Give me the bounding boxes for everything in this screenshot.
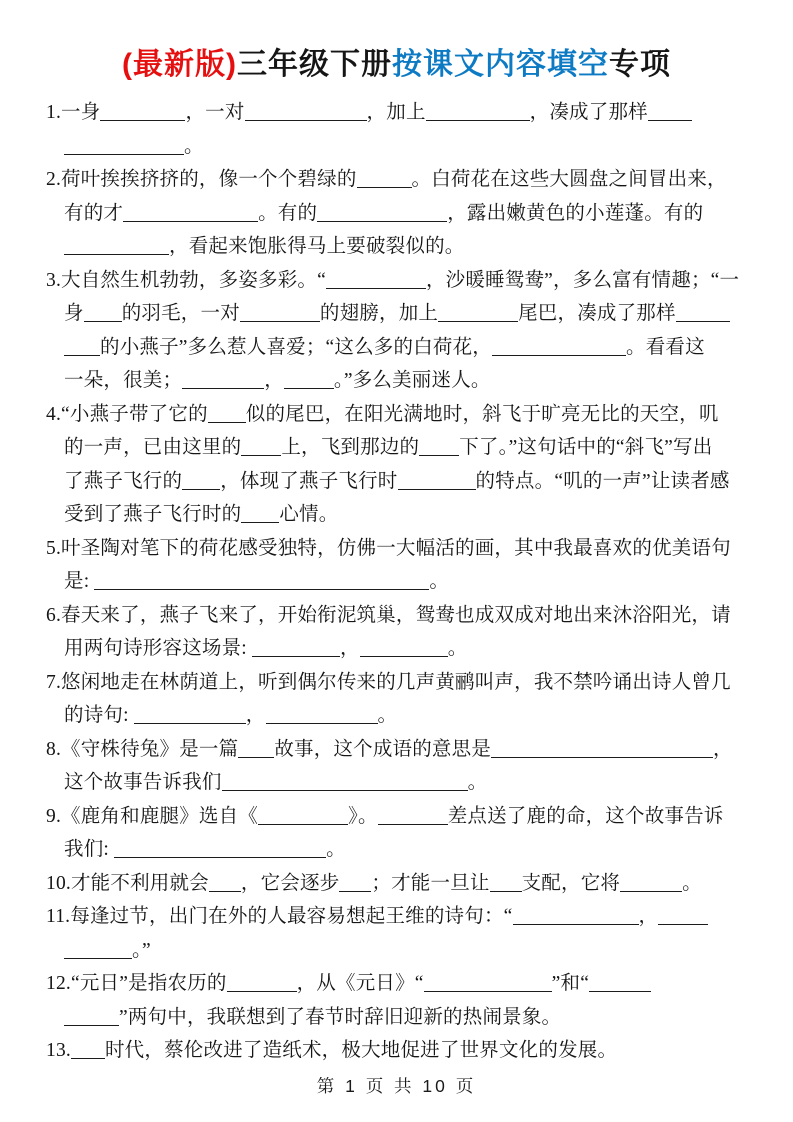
item-line: 的诗句: ，。 xyxy=(46,699,751,733)
fill-blank xyxy=(64,942,132,959)
page-title: (最新版)三年级下册按课文内容填空专项 xyxy=(0,0,793,82)
fill-blank xyxy=(64,238,169,255)
item-line: 12.“元日”是指农历的，从《元日》“”和“ xyxy=(46,967,751,1001)
item-text: 。” xyxy=(132,940,151,961)
fill-blank xyxy=(620,875,682,892)
fill-blank xyxy=(648,104,692,121)
item-line: 我们: 。 xyxy=(46,833,751,867)
item-text: ，沙暖睡鸳鸯”，多么富有情趣；“一 xyxy=(426,270,739,291)
item-text: 尾巴，凑成了那样 xyxy=(518,303,676,324)
item-line: 有的才。有的，露出嫩黄色的小莲蓬。有的 xyxy=(46,197,751,231)
item-line: 一朵，很美；，。”多么美丽迷人。 xyxy=(46,364,751,398)
item-text: 10.才能不利用就会 xyxy=(46,873,209,894)
item-line: 。” xyxy=(46,934,751,968)
item-line: 2.荷叶挨挨挤挤的，像一个个碧绿的。白荷花在这些大圆盘之间冒出来， xyxy=(46,163,751,197)
fill-blank xyxy=(114,841,326,858)
item-text: ， xyxy=(264,370,284,391)
fill-blank xyxy=(490,875,522,892)
item-text: ，露出嫩黄色的小莲蓬。有的 xyxy=(447,203,703,224)
fill-blank xyxy=(258,808,348,825)
fill-blank xyxy=(240,305,320,322)
exercise-item: 12.“元日”是指农历的，从《元日》“”和“”两句中，我联想到了春节时辞旧迎新的… xyxy=(46,967,751,1034)
fill-blank xyxy=(182,372,264,389)
item-text: 。 xyxy=(378,705,398,726)
item-text: 的小燕子”多么惹人喜爱；“这么多的白荷花， xyxy=(100,337,492,358)
fill-blank xyxy=(222,774,468,791)
item-text: 13. xyxy=(46,1040,71,1061)
fill-blank xyxy=(84,305,122,322)
exercise-list: 1.一身，一对，加上，凑成了那样。2.荷叶挨挨挤挤的，像一个个碧绿的。白荷花在这… xyxy=(0,82,793,1068)
item-text: ， xyxy=(340,638,360,659)
exercise-item: 8.《守株待兔》是一篇故事，这个成语的意思是，这个故事告诉我们。 xyxy=(46,733,751,800)
item-text: 3.大自然生机勃勃，多姿多彩。“ xyxy=(46,270,326,291)
item-line: 6.春天来了，燕子飞来了，开始衔泥筑巢，鸳鸯也成双成对地出来沐浴阳光，请 xyxy=(46,599,751,633)
item-text: 。 xyxy=(448,638,468,659)
item-text: 下了。”这句话中的“斜飞”写出 xyxy=(459,437,712,458)
fill-blank xyxy=(241,439,281,456)
fill-blank xyxy=(378,808,448,825)
item-text: 6.春天来了，燕子飞来了，开始衔泥筑巢，鸳鸯也成双成对地出来沐浴阳光，请 xyxy=(46,605,731,626)
item-line: 3.大自然生机勃勃，多姿多彩。“，沙暖睡鸳鸯”，多么富有情趣；“一 xyxy=(46,264,751,298)
fill-blank xyxy=(94,573,429,590)
item-text: 有的才 xyxy=(64,203,123,224)
fill-blank xyxy=(209,875,241,892)
item-text: 差点送了鹿的命，这个故事告诉 xyxy=(448,806,724,827)
title-suffix-label: 专项 xyxy=(609,48,671,81)
item-text: 受到了燕子飞行时的 xyxy=(64,504,241,525)
item-text: ， xyxy=(713,739,733,760)
item-text: 4.“小燕子带了它的 xyxy=(46,404,208,425)
item-text: 。 xyxy=(184,136,204,157)
exercise-item: 6.春天来了，燕子飞来了，开始衔泥筑巢，鸳鸯也成双成对地出来沐浴阳光，请用两句诗… xyxy=(46,599,751,666)
item-line: 9.《鹿角和鹿腿》选自《》。差点送了鹿的命，这个故事告诉 xyxy=(46,800,751,834)
item-text: 心情。 xyxy=(279,504,338,525)
fill-blank xyxy=(227,975,297,992)
exercise-item: 1.一身，一对，加上，凑成了那样。 xyxy=(46,96,751,163)
item-text: ，凑成了那样 xyxy=(530,102,648,123)
fill-blank xyxy=(658,908,708,925)
item-line: 这个故事告诉我们。 xyxy=(46,766,751,800)
exercise-item: 3.大自然生机勃勃，多姿多彩。“，沙暖睡鸳鸯”，多么富有情趣；“一身的羽毛，一对… xyxy=(46,264,751,398)
item-line: ”两句中，我联想到了春节时辞旧迎新的热闹景象。 xyxy=(46,1001,751,1035)
fill-blank xyxy=(424,975,552,992)
page-number-label: 第 1 页 共 10 页 xyxy=(317,1076,477,1096)
item-text: 8.《守株待兔》是一篇 xyxy=(46,739,238,760)
exercise-item: 10.才能不利用就会，它会逐步；才能一旦让支配，它将。 xyxy=(46,867,751,901)
item-line: 的一声，已由这里的上，飞到那边的下了。”这句话中的“斜飞”写出 xyxy=(46,431,751,465)
item-text: 的诗句: xyxy=(64,705,134,726)
fill-blank xyxy=(357,171,412,188)
fill-blank xyxy=(513,908,639,925)
item-line: 用两句诗形容这场景: ，。 xyxy=(46,632,751,666)
item-text: 5.叶圣陶对笔下的荷花感受独特，仿佛一大幅活的画，其中我最喜欢的优美语句 xyxy=(46,538,731,559)
item-text: ”两句中，我联想到了春节时辞旧迎新的热闹景象。 xyxy=(119,1007,561,1028)
item-text: 一朵，很美； xyxy=(64,370,182,391)
item-text: 。 xyxy=(682,873,702,894)
exercise-item: 9.《鹿角和鹿腿》选自《》。差点送了鹿的命，这个故事告诉我们: 。 xyxy=(46,800,751,867)
fill-blank xyxy=(238,741,274,758)
fill-blank xyxy=(317,205,447,222)
item-text: 这个故事告诉我们 xyxy=(64,772,222,793)
item-text: 的特点。“叽的一声”让读者感 xyxy=(476,471,730,492)
item-text: ， xyxy=(639,906,659,927)
fill-blank xyxy=(123,205,258,222)
exercise-item: 7.悠闲地走在林荫道上，听到偶尔传来的几声黄鹂叫声，我不禁吟诵出诗人曾几的诗句:… xyxy=(46,666,751,733)
fill-blank xyxy=(241,506,279,523)
exercise-item: 13.时代，蔡伦改进了造纸术，极大地促进了世界文化的发展。 xyxy=(46,1034,751,1068)
exercise-item: 4.“小燕子带了它的似的尾巴，在阳光满地时，斜飞于旷亮无比的天空，叽的一声，已由… xyxy=(46,398,751,532)
fill-blank xyxy=(266,707,378,724)
item-text: ，一对 xyxy=(185,102,244,123)
item-text: 。白荷花在这些大圆盘之间冒出来， xyxy=(412,169,727,190)
fill-blank xyxy=(252,640,340,657)
item-text: 的翅膀，加上 xyxy=(320,303,438,324)
item-line: ，看起来饱胀得马上要破裂似的。 xyxy=(46,230,751,264)
fill-blank xyxy=(71,1042,105,1059)
item-text: ，从《元日》“ xyxy=(297,973,424,994)
item-text: 用两句诗形容这场景: xyxy=(64,638,252,659)
fill-blank xyxy=(492,339,626,356)
item-line: 受到了燕子飞行时的心情。 xyxy=(46,498,751,532)
item-text: ，它会逐步 xyxy=(241,873,340,894)
item-text: 时代，蔡伦改进了造纸术，极大地促进了世界文化的发展。 xyxy=(105,1040,617,1061)
title-topic-label: 按课文内容填空 xyxy=(392,48,609,81)
item-text: 。 xyxy=(429,571,449,592)
item-text: ， xyxy=(246,705,266,726)
item-text: 11.每逢过节，出门在外的人最容易想起王维的诗句：“ xyxy=(46,906,513,927)
item-line: 10.才能不利用就会，它会逐步；才能一旦让支配，它将。 xyxy=(46,867,751,901)
fill-blank xyxy=(589,975,651,992)
fill-blank xyxy=(208,406,246,423)
item-text: ；才能一旦让 xyxy=(371,873,489,894)
page-footer: 第 1 页 共 10 页 xyxy=(0,1073,793,1098)
fill-blank xyxy=(426,104,530,121)
exercise-item: 11.每逢过节，出门在外的人最容易想起王维的诗句：“，。” xyxy=(46,900,751,967)
item-text: 。 xyxy=(326,839,346,860)
item-text: ，加上 xyxy=(367,102,426,123)
item-text: 1.一身 xyxy=(46,102,100,123)
fill-blank xyxy=(284,372,334,389)
item-text: 12.“元日”是指农历的 xyxy=(46,973,227,994)
fill-blank xyxy=(64,138,184,155)
item-text: 2.荷叶挨挨挤挤的，像一个个碧绿的 xyxy=(46,169,357,190)
item-line: 了燕子飞行的，体现了燕子飞行时的特点。“叽的一声”让读者感 xyxy=(46,465,751,499)
item-text: 的一声，已由这里的 xyxy=(64,437,241,458)
item-text: 支配，它将 xyxy=(522,873,621,894)
fill-blank xyxy=(245,104,367,121)
fill-blank xyxy=(419,439,459,456)
fill-blank xyxy=(134,707,246,724)
item-text: 的羽毛，一对 xyxy=(122,303,240,324)
fill-blank xyxy=(182,473,220,490)
item-text: 上，飞到那边的 xyxy=(281,437,419,458)
item-line: 身的羽毛，一对的翅膀，加上尾巴，凑成了那样 xyxy=(46,297,751,331)
item-text: 。有的 xyxy=(258,203,317,224)
item-line: 5.叶圣陶对笔下的荷花感受独特，仿佛一大幅活的画，其中我最喜欢的优美语句 xyxy=(46,532,751,566)
fill-blank xyxy=(676,305,730,322)
item-text: 了燕子飞行的 xyxy=(64,471,182,492)
fill-blank xyxy=(438,305,518,322)
item-line: 8.《守株待兔》是一篇故事，这个成语的意思是， xyxy=(46,733,751,767)
fill-blank xyxy=(360,640,448,657)
title-grade-label: 三年级下册 xyxy=(237,48,392,81)
fill-blank xyxy=(64,339,100,356)
item-line: 是: 。 xyxy=(46,565,751,599)
item-text: ，体现了燕子飞行时 xyxy=(220,471,397,492)
item-text: 是: xyxy=(64,571,94,592)
fill-blank xyxy=(491,741,713,758)
item-line: 1.一身，一对，加上，凑成了那样 xyxy=(46,96,751,130)
fill-blank xyxy=(100,104,185,121)
item-text: 7.悠闲地走在林荫道上，听到偶尔传来的几声黄鹂叫声，我不禁吟诵出诗人曾几 xyxy=(46,672,731,693)
item-text: ”和“ xyxy=(552,973,589,994)
fill-blank xyxy=(64,1009,119,1026)
item-text: 。 xyxy=(468,772,488,793)
item-line: 7.悠闲地走在林荫道上，听到偶尔传来的几声黄鹂叫声，我不禁吟诵出诗人曾几 xyxy=(46,666,751,700)
title-edition-label: (最新版) xyxy=(122,48,237,81)
item-text: 故事，这个成语的意思是 xyxy=(274,739,491,760)
item-line: 的小燕子”多么惹人喜爱；“这么多的白荷花，。看看这 xyxy=(46,331,751,365)
item-line: 11.每逢过节，出门在外的人最容易想起王维的诗句：“， xyxy=(46,900,751,934)
item-text: 似的尾巴，在阳光满地时，斜飞于旷亮无比的天空，叽 xyxy=(246,404,719,425)
fill-blank xyxy=(339,875,371,892)
exercise-item: 2.荷叶挨挨挤挤的，像一个个碧绿的。白荷花在这些大圆盘之间冒出来，有的才。有的，… xyxy=(46,163,751,264)
fill-blank xyxy=(326,272,426,289)
item-text: 》。 xyxy=(348,806,378,827)
item-text: 9.《鹿角和鹿腿》选自《 xyxy=(46,806,258,827)
item-text: 。”多么美丽迷人。 xyxy=(334,370,491,391)
fill-blank xyxy=(398,473,476,490)
exercise-item: 5.叶圣陶对笔下的荷花感受独特，仿佛一大幅活的画，其中我最喜欢的优美语句是: 。 xyxy=(46,532,751,599)
item-line: 。 xyxy=(46,130,751,164)
item-line: 4.“小燕子带了它的似的尾巴，在阳光满地时，斜飞于旷亮无比的天空，叽 xyxy=(46,398,751,432)
item-line: 13.时代，蔡伦改进了造纸术，极大地促进了世界文化的发展。 xyxy=(46,1034,751,1068)
item-text: ，看起来饱胀得马上要破裂似的。 xyxy=(169,236,465,257)
item-text: 我们: xyxy=(64,839,114,860)
item-text: 身 xyxy=(64,303,84,324)
item-text: 。看看这 xyxy=(626,337,705,358)
worksheet-page: (最新版)三年级下册按课文内容填空专项 1.一身，一对，加上，凑成了那样。2.荷… xyxy=(0,0,793,1122)
